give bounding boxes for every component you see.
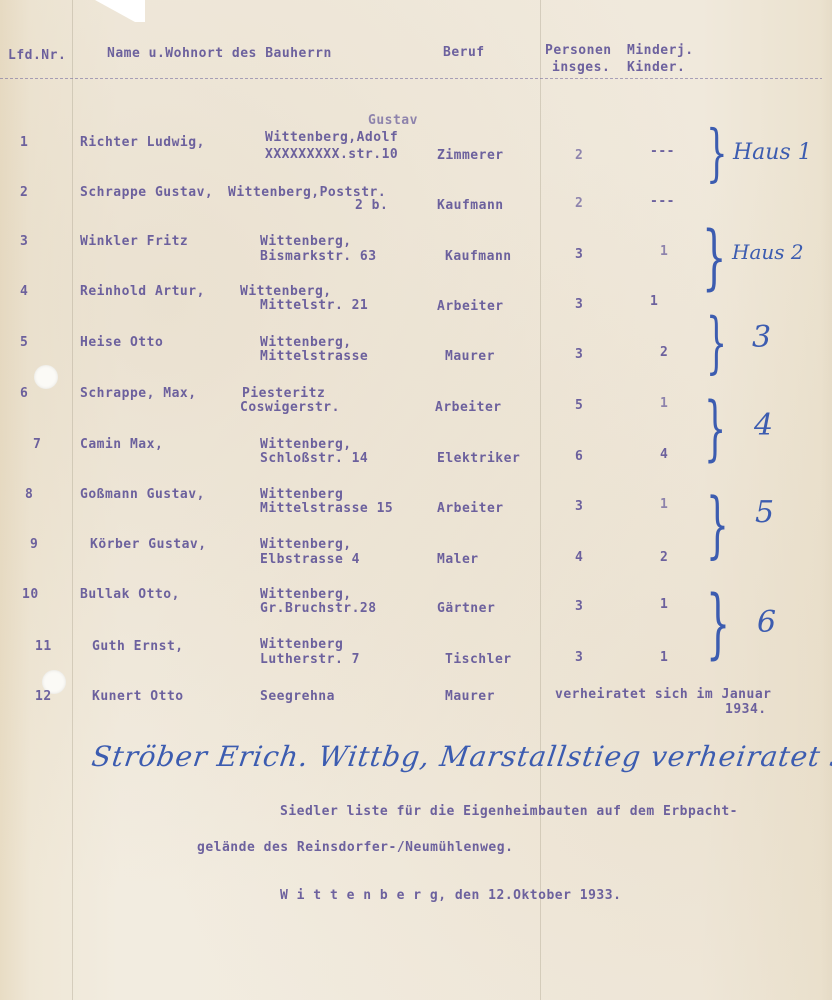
row-nr: 10	[22, 587, 39, 602]
haus-label: Haus 1	[733, 140, 812, 165]
brace-icon: }	[702, 222, 727, 292]
row-nr: 6	[20, 386, 28, 401]
footer-title-line1: Siedler liste für die Eigenheimbauten au…	[280, 804, 738, 819]
header-rule	[0, 78, 822, 79]
row-address-street: Bismarkstr. 63	[260, 249, 377, 264]
brace-icon: }	[704, 393, 726, 463]
row-note: verheiratet sich im Januar	[555, 687, 772, 702]
row-personen: 6	[575, 449, 583, 464]
row-name: Bullak Otto,	[80, 587, 180, 602]
row-kinder: 2	[660, 550, 668, 565]
row-kinder: ---	[650, 144, 675, 159]
row-kinder: 1	[660, 244, 668, 259]
punch-hole	[34, 365, 58, 389]
row-name: Goßmann Gustav,	[80, 487, 205, 502]
row-name: Camin Max,	[80, 437, 163, 452]
handwritten-note: Ströber Erich. Wittbg, Marstallstieg ver…	[90, 740, 832, 773]
row-address: Wittenberg,Adolf	[265, 130, 398, 145]
row-address-street: XXXXXXXXX.str.10	[265, 147, 398, 162]
row-address: Wittenberg	[260, 637, 343, 652]
row-address: Wittenberg,	[260, 437, 352, 452]
row-address-street: Lutherstr. 7	[260, 652, 360, 667]
row-name: Kunert Otto	[92, 689, 184, 704]
row-beruf: Maler	[437, 552, 479, 567]
row-beruf: Elektriker	[437, 451, 520, 466]
document-page: Lfd.Nr. Name u.Wohnort des Bauherrn Beru…	[0, 0, 832, 1000]
row-nr: 11	[35, 639, 52, 654]
row-beruf: Tischler	[445, 652, 512, 667]
row-address: Wittenberg,	[260, 537, 352, 552]
row-name: Guth Ernst,	[92, 639, 184, 654]
row-address-street: Schloßstr. 14	[260, 451, 368, 466]
row-kinder: 1	[660, 650, 668, 665]
column-rule	[540, 0, 541, 1000]
row-address-street: Coswigerstr.	[240, 400, 340, 415]
row-kinder: 4	[660, 447, 668, 462]
row-nr: 5	[20, 335, 28, 350]
row-beruf: Maurer	[445, 349, 495, 364]
row-nr: 8	[25, 487, 33, 502]
row-name: Heise Otto	[80, 335, 163, 350]
brace-icon: }	[706, 488, 729, 560]
row-nr: 7	[33, 437, 41, 452]
row-personen: 3	[575, 247, 583, 262]
row-personen: 5	[575, 398, 583, 413]
row-personen: 2	[575, 196, 583, 211]
row-kinder: 1	[660, 597, 668, 612]
row-address-insert: Gustav	[368, 113, 418, 128]
haus-label: 5	[755, 495, 774, 530]
row-name: Schrappe, Max,	[80, 386, 197, 401]
row-note-year: 1934.	[725, 702, 767, 717]
row-personen: 3	[575, 297, 583, 312]
row-personen: 3	[575, 347, 583, 362]
row-beruf: Maurer	[445, 689, 495, 704]
haus-label: 4	[754, 408, 773, 443]
row-address: Piesteritz	[242, 386, 325, 401]
row-kinder: 1	[660, 396, 668, 411]
row-personen: 2	[575, 148, 583, 163]
row-beruf: Kaufmann	[437, 198, 504, 213]
row-address: Wittenberg,	[260, 234, 352, 249]
row-personen: 3	[575, 650, 583, 665]
row-beruf: Arbeiter	[437, 501, 504, 516]
row-address: Wittenberg,	[260, 587, 352, 602]
haus-label: 3	[752, 320, 771, 355]
row-personen: 3	[575, 599, 583, 614]
brace-icon: }	[706, 122, 728, 184]
row-beruf: Gärtner	[437, 601, 495, 616]
brace-icon: }	[706, 310, 727, 376]
row-name: Schrappe Gustav,	[80, 185, 213, 200]
row-kinder: 2	[660, 345, 668, 360]
row-address-street: Mittelstrasse	[260, 349, 368, 364]
row-personen: 4	[575, 550, 583, 565]
footer-place-date: W i t t e n b e r g, den 12.Oktober 1933…	[280, 888, 621, 903]
row-nr: 1	[20, 135, 28, 150]
footer-title-line2: gelände des Reinsdorfer-/Neumühlenweg.	[197, 840, 513, 855]
header-nr: Lfd.Nr.	[8, 48, 66, 63]
folded-corner	[95, 0, 145, 22]
row-name: Reinhold Artur,	[80, 284, 205, 299]
row-nr: 2	[20, 185, 28, 200]
row-name: Richter Ludwig,	[80, 135, 205, 150]
row-nr: 12	[35, 689, 52, 704]
haus-label: 6	[757, 605, 776, 640]
header-beruf: Beruf	[443, 45, 485, 60]
header-personen: Personen	[545, 43, 612, 58]
row-nr: 3	[20, 234, 28, 249]
row-kinder: 1	[650, 294, 658, 309]
row-beruf: Arbeiter	[437, 299, 504, 314]
row-address: Wittenberg,	[260, 335, 352, 350]
row-kinder: ---	[650, 194, 675, 209]
brace-icon: }	[706, 585, 730, 661]
row-beruf: Arbeiter	[435, 400, 502, 415]
header-name: Name u.Wohnort des Bauherrn	[107, 46, 332, 61]
header-kinder: Minderj.	[627, 43, 694, 58]
haus-label: Haus 2	[732, 242, 804, 262]
header-personen-2: insges.	[552, 60, 610, 75]
row-address-street: Mittelstrasse 15	[260, 501, 393, 516]
header-kinder-2: Kinder.	[627, 60, 685, 75]
row-name: Winkler Fritz	[80, 234, 188, 249]
row-nr: 4	[20, 284, 28, 299]
row-address-street: 2 b.	[355, 198, 388, 213]
row-kinder: 1	[660, 497, 668, 512]
row-name: Körber Gustav,	[90, 537, 207, 552]
row-beruf: Zimmerer	[437, 148, 504, 163]
row-nr: 9	[30, 537, 38, 552]
row-address-street: Gr.Bruchstr.28	[260, 601, 377, 616]
row-address: Seegrehna	[260, 689, 335, 704]
row-beruf: Kaufmann	[445, 249, 512, 264]
margin-rule	[72, 0, 73, 1000]
row-address-street: Mittelstr. 21	[260, 298, 368, 313]
row-address-street: Elbstrasse 4	[260, 552, 360, 567]
row-address: Wittenberg	[260, 487, 343, 502]
row-personen: 3	[575, 499, 583, 514]
row-address: Wittenberg,	[240, 284, 332, 299]
